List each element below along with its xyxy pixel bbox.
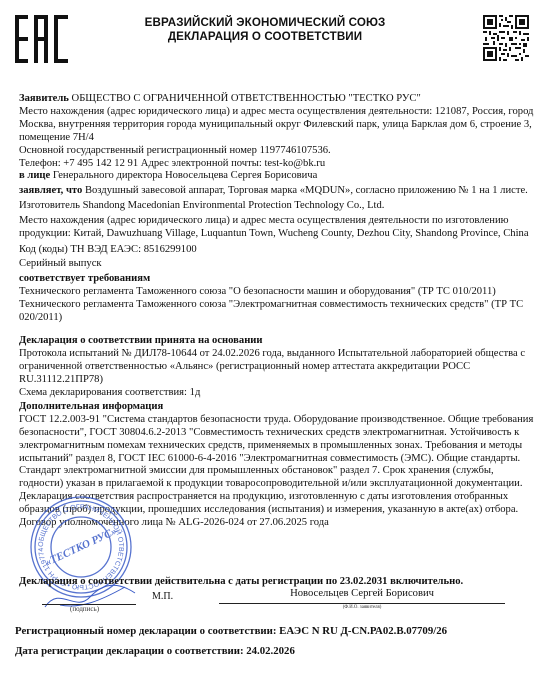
release-type: Серийный выпуск [19,258,534,271]
signer-name: Новосельцев Сергей Борисович [219,588,505,599]
applicant-line: Заявитель ОБЩЕСТВО С ОГРАНИЧЕННОЙ ОТВЕТС… [19,93,534,106]
hs-code: Код (коды) ТН ВЭД ЕАЭС: 8516299100 [19,244,534,257]
represented-label: в лице [19,170,50,181]
registration-number: Регистрационный номер декларации о соотв… [15,625,447,637]
document-header: ЕВРАЗИЙСКИЙ ЭКОНОМИЧЕСКИЙ СОЮЗ ДЕКЛАРАЦИ… [100,16,430,44]
applicant-ogrn: Основной государственный регистрационный… [19,145,534,158]
basis-protocol: Протокола испытаний № ДИЛ78-10644 от 24.… [19,348,534,387]
applicant-contacts: Телефон: +7 495 142 12 91 Адрес электрон… [19,158,534,171]
requirements-heading: соответствует требованиям [19,273,534,286]
eac-logo-icon [15,15,69,63]
requirement-item: Технического регламента Таможенного союз… [19,299,534,325]
declares-label: заявляет, что [19,185,82,196]
manufacturer: Изготовитель Shandong Macedonian Environ… [19,200,534,213]
basis-heading: Декларация о соответствии принята на осн… [19,335,534,348]
signature-caption: (подпись) [70,605,99,613]
represented-line: в лице Генерального директора Новосельце… [19,170,534,183]
product-description: Воздушный завесовой аппарат, Торговая ма… [82,185,528,196]
header-declaration-title: ДЕКЛАРАЦИЯ О СООТВЕТСТВИИ [100,30,430,44]
basis-scheme: Схема декларирования соответствия: 1д [19,387,534,400]
represented-by: Генерального директора Новосельцева Серг… [50,170,317,181]
applicant-name: ОБЩЕСТВО С ОГРАНИЧЕННОЙ ОТВЕТСТВЕННОСТЬЮ… [69,93,421,104]
manufacturer-address: Место нахождения (адрес юридического лиц… [19,215,534,241]
additional-heading: Дополнительная информация [19,401,534,414]
declaration-body: Заявитель ОБЩЕСТВО С ОГРАНИЧЕННОЙ ОТВЕТС… [19,93,534,530]
applicant-label: Заявитель [19,93,69,104]
registration-date: Дата регистрации декларации о соответств… [15,645,295,657]
stamp-place-label: М.П. [152,591,173,602]
requirement-item: Технического регламента Таможенного союз… [19,286,534,299]
declares-line: заявляет, что Воздушный завесовой аппара… [19,185,534,198]
header-union-title: ЕВРАЗИЙСКИЙ ЭКОНОМИЧЕСКИЙ СОЮЗ [100,16,430,30]
qr-code-icon[interactable] [483,15,529,61]
signer-name-caption: (Ф.И.О. заявителя) [219,605,505,610]
applicant-address: Место нахождения (адрес юридического лиц… [19,106,534,145]
signer-name-line [219,603,505,604]
